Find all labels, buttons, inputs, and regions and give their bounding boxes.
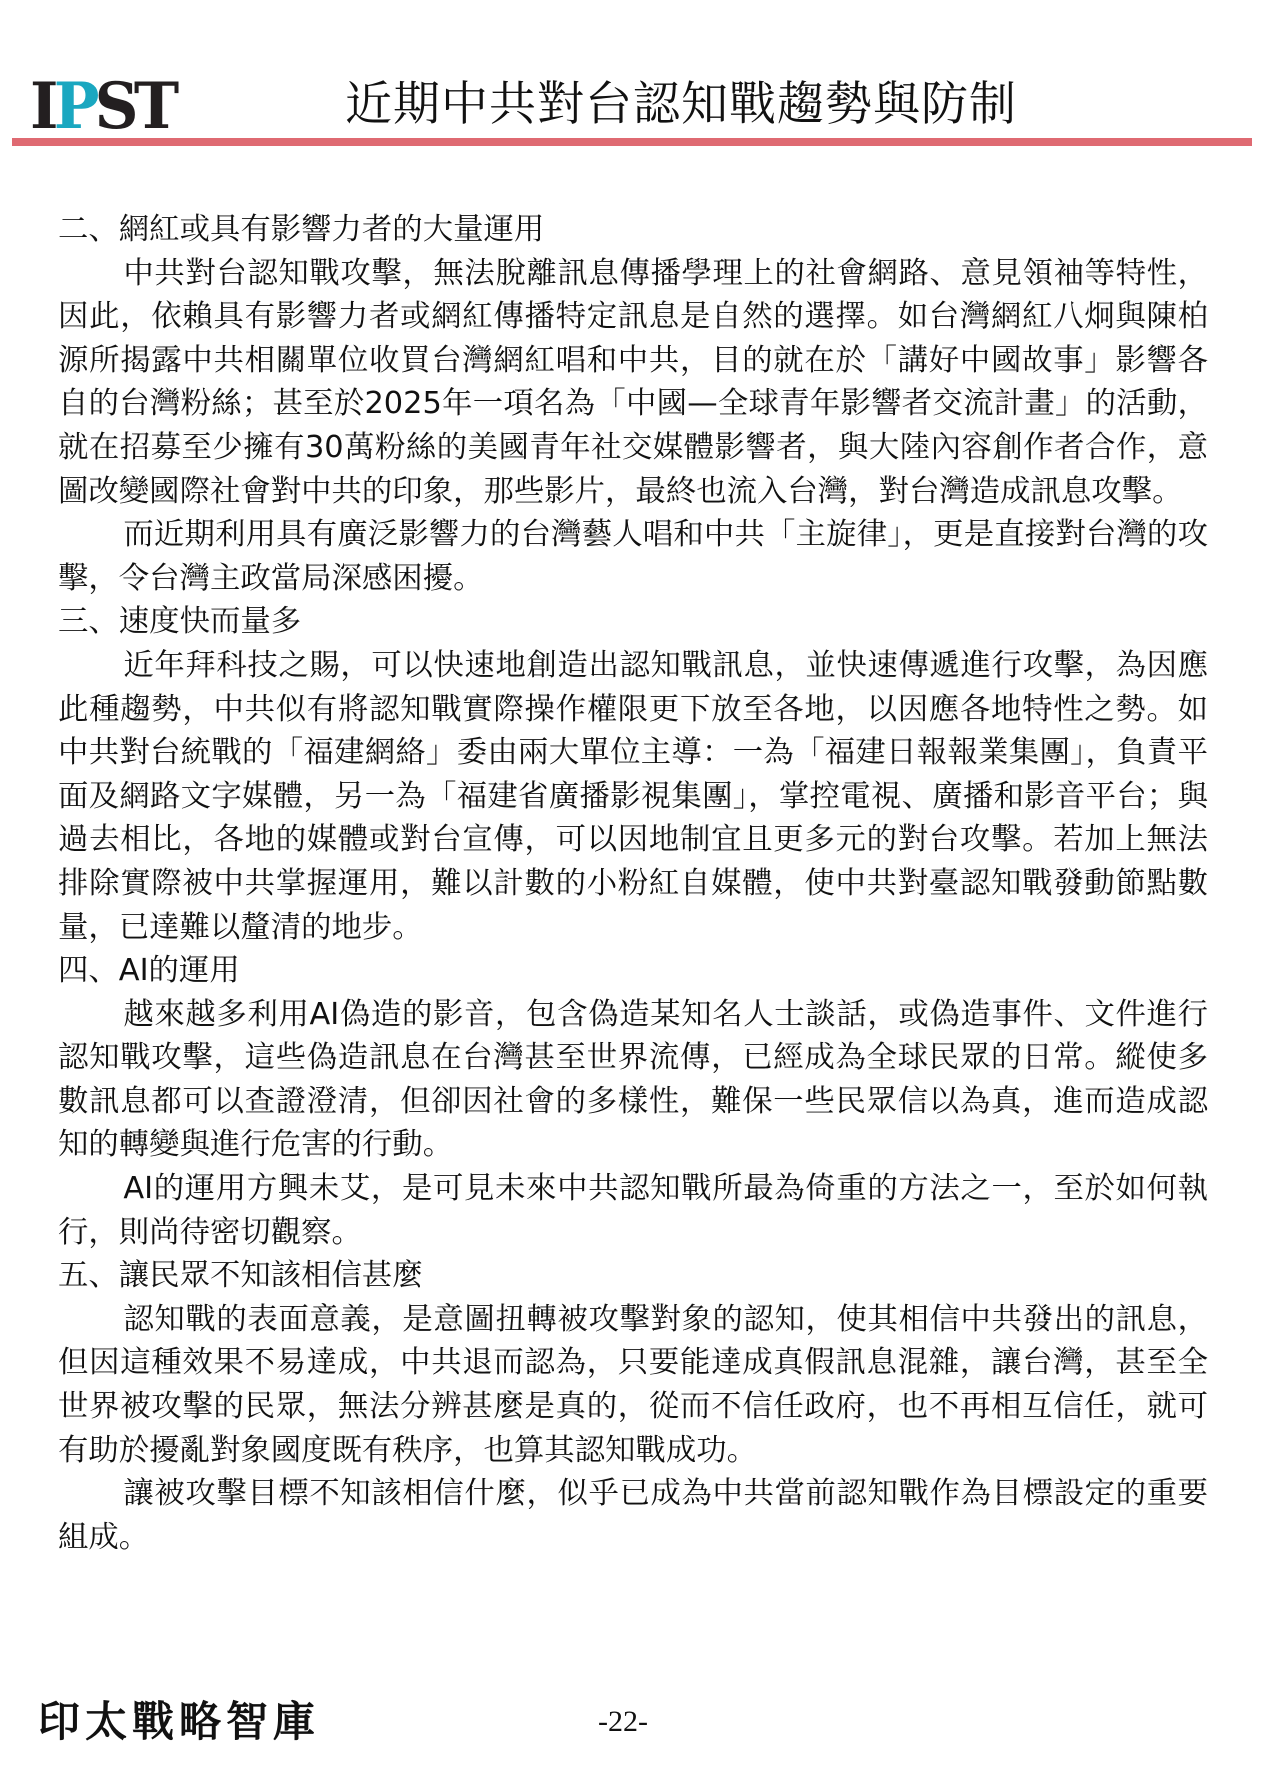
section-heading: 二、網紅或具有影響力者的大量運用	[58, 208, 1208, 252]
section-heading: 五、讓民眾不知該相信甚麼	[58, 1254, 1208, 1298]
paragraph: 讓被攻擊目標不知該相信什麼，似乎已成為中共當前認知戰作為目標設定的重要組成。	[58, 1472, 1208, 1559]
document-body: 二、網紅或具有影響力者的大量運用 中共對台認知戰攻擊，無法脫離訊息傳播學理上的社…	[58, 208, 1208, 1559]
paragraph: 中共對台認知戰攻擊，無法脫離訊息傳播學理上的社會網路、意見領袖等特性，因此，依賴…	[58, 252, 1208, 514]
logo-letter-t: T	[134, 69, 174, 144]
section-influencers: 二、網紅或具有影響力者的大量運用 中共對台認知戰攻擊，無法脫離訊息傳播學理上的社…	[58, 208, 1208, 600]
section-ai-usage: 四、AI的運用 越來越多利用AI偽造的影音，包含偽造某知名人士談話，或偽造事件、…	[58, 949, 1208, 1254]
page-header: IPST 近期中共對台認知戰趨勢與防制	[0, 0, 1264, 150]
section-confusion: 五、讓民眾不知該相信甚麼 認知戰的表面意義，是意圖扭轉被攻擊對象的認知，使其相信…	[58, 1254, 1208, 1559]
paragraph: 越來越多利用AI偽造的影音，包含偽造某知名人士談話，或偽造事件、文件進行認知戰攻…	[58, 993, 1208, 1167]
footer-brand: 印太戰略智庫	[38, 1692, 320, 1752]
logo-letter-i: I	[30, 69, 54, 144]
ipst-logo: IPST	[30, 72, 174, 142]
logo-letter-p: P	[54, 69, 95, 144]
section-heading: 四、AI的運用	[58, 949, 1208, 993]
paragraph: AI的運用方興未艾，是可見未來中共認知戰所最為倚重的方法之一，至於如何執行，則尚…	[58, 1167, 1208, 1254]
page-footer: 印太戰略智庫 -22-	[0, 1680, 1264, 1760]
logo-letter-s: S	[95, 69, 134, 144]
paragraph: 認知戰的表面意義，是意圖扭轉被攻擊對象的認知，使其相信中共發出的訊息，但因這種效…	[58, 1298, 1208, 1472]
page-number: -22-	[598, 1698, 648, 1746]
section-heading: 三、速度快而量多	[58, 600, 1208, 644]
document-title: 近期中共對台認知戰趨勢與防制	[345, 72, 1017, 138]
header-divider	[12, 138, 1252, 146]
section-speed-volume: 三、速度快而量多 近年拜科技之賜，可以快速地創造出認知戰訊息，並快速傳遞進行攻擊…	[58, 600, 1208, 949]
paragraph: 而近期利用具有廣泛影響力的台灣藝人唱和中共「主旋律」，更是直接對台灣的攻擊，令台…	[58, 513, 1208, 600]
paragraph: 近年拜科技之賜，可以快速地創造出認知戰訊息，並快速傳遞進行攻擊，為因應此種趨勢，…	[58, 644, 1208, 949]
